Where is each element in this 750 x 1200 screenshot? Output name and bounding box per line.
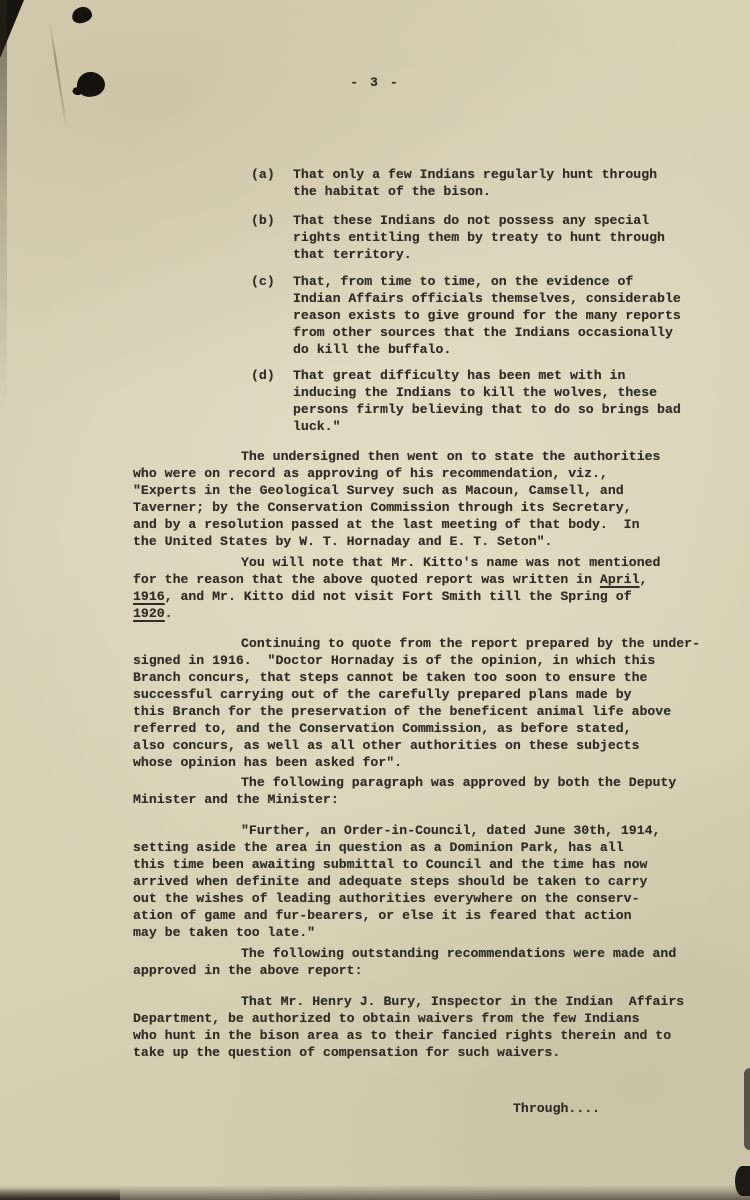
paragraph: The following outstanding recommendation… xyxy=(133,945,676,979)
list-item: (a)That only a few Indians regularly hun… xyxy=(251,166,657,200)
text-line: arrived when definite and adequate steps… xyxy=(133,873,660,890)
list-item: (c)That, from time to time, on the evide… xyxy=(251,273,681,358)
text-line: That, from time to time, on the evidence… xyxy=(293,273,681,290)
text-line: Taverner; by the Conservation Commission… xyxy=(133,499,660,516)
bottom-edge-shadow xyxy=(0,1188,120,1200)
paragraph: The following paragraph was approved by … xyxy=(133,774,676,808)
text-line: That only a few Indians regularly hunt t… xyxy=(293,166,657,183)
text-line: You will note that Mr. Kitto's name was … xyxy=(133,554,660,571)
text-line: for the reason that the above quoted rep… xyxy=(133,571,660,588)
text-line: Continuing to quote from the report prep… xyxy=(133,635,700,652)
list-item-text: That, from time to time, on the evidence… xyxy=(293,273,681,358)
list-item: (d)That great difficulty has been met wi… xyxy=(251,367,681,435)
text-line: approved in the above report: xyxy=(133,962,676,979)
page-number: - 3 - xyxy=(340,74,410,91)
text-line: and by a resolution passed at the last m… xyxy=(133,516,660,533)
text-line: whose opinion has been asked for". xyxy=(133,754,700,771)
text-line: ation of game and fur-bearers, or else i… xyxy=(133,907,660,924)
text-line: the habitat of the bison. xyxy=(293,183,657,200)
text-line: That Mr. Henry J. Bury, Inspector in the… xyxy=(133,993,684,1010)
paragraph: Continuing to quote from the report prep… xyxy=(133,635,700,771)
list-item-label: (a) xyxy=(251,166,293,200)
text-line: Branch concurs, that steps cannot be tak… xyxy=(133,669,700,686)
paragraph: The undersigned then went on to state th… xyxy=(133,448,660,550)
catchword: Through.... xyxy=(513,1100,600,1117)
text-line: referred to, and the Conservation Commis… xyxy=(133,720,700,737)
underlined-text: April xyxy=(600,572,640,587)
list-item-text: That only a few Indians regularly hunt t… xyxy=(293,166,657,200)
text-line: may be taken too late." xyxy=(133,924,660,941)
text-line: Department, be authorized to obtain waiv… xyxy=(133,1010,684,1027)
document-page: - 3 - (a)That only a few Indians regular… xyxy=(0,0,750,1200)
ink-blot xyxy=(76,71,106,98)
text-line: out the wishes of leading authorities ev… xyxy=(133,890,660,907)
list-item-label: (d) xyxy=(251,367,293,435)
text-line: also concurs, as well as all other autho… xyxy=(133,737,700,754)
text-line: 1920. xyxy=(133,605,660,622)
list-item-label: (b) xyxy=(251,212,293,263)
text-line: Minister and the Minister: xyxy=(133,791,676,808)
text-line: that territory. xyxy=(293,246,665,263)
left-edge-shadow xyxy=(0,0,7,420)
text-line: reason exists to give ground for the man… xyxy=(293,307,681,324)
text-line: inducing the Indians to kill the wolves,… xyxy=(293,384,681,401)
list-item-text: That these Indians do not possess any sp… xyxy=(293,212,665,263)
text-line: who hunt in the bison area as to their f… xyxy=(133,1027,684,1044)
text-line: The following outstanding recommendation… xyxy=(133,945,676,962)
text-line: from other sources that the Indians occa… xyxy=(293,324,681,341)
text-line: this time been awaiting submittal to Cou… xyxy=(133,856,660,873)
text-line: who were on record as approving of his r… xyxy=(133,465,660,482)
text-line: "Further, an Order-in-Council, dated Jun… xyxy=(133,822,660,839)
list-item-label: (c) xyxy=(251,273,293,358)
text-line: rights entitling them by treaty to hunt … xyxy=(293,229,665,246)
paper-crease xyxy=(49,23,67,127)
underlined-text: 1920 xyxy=(133,606,165,621)
text-line: successful carrying out of the carefully… xyxy=(133,686,700,703)
text-line: take up the question of compensation for… xyxy=(133,1044,684,1061)
page-edge-tear xyxy=(735,1166,750,1196)
list-item-text: That great difficulty has been met with … xyxy=(293,367,681,435)
text-line: the United States by W. T. Hornaday and … xyxy=(133,533,660,550)
text-line: Indian Affairs officials themselves, con… xyxy=(293,290,681,307)
text-line: signed in 1916. "Doctor Hornaday is of t… xyxy=(133,652,700,669)
text-line: The following paragraph was approved by … xyxy=(133,774,676,791)
text-line: do kill the buffalo. xyxy=(293,341,681,358)
paragraph: You will note that Mr. Kitto's name was … xyxy=(133,554,660,622)
text-line: luck." xyxy=(293,418,681,435)
text-line: this Branch for the preservation of the … xyxy=(133,703,700,720)
text-line: 1916, and Mr. Kitto did not visit Fort S… xyxy=(133,588,660,605)
page-edge-tear xyxy=(744,1068,750,1150)
text-line: setting aside the area in question as a … xyxy=(133,839,660,856)
text-line: persons firmly believing that to do so b… xyxy=(293,401,681,418)
ink-blot xyxy=(71,6,93,25)
list-item: (b)That these Indians do not possess any… xyxy=(251,212,665,263)
text-line: That these Indians do not possess any sp… xyxy=(293,212,665,229)
paragraph: That Mr. Henry J. Bury, Inspector in the… xyxy=(133,993,684,1061)
paragraph: "Further, an Order-in-Council, dated Jun… xyxy=(133,822,660,941)
text-line: That great difficulty has been met with … xyxy=(293,367,681,384)
text-line: The undersigned then went on to state th… xyxy=(133,448,660,465)
text-line: "Experts in the Geological Survey such a… xyxy=(133,482,660,499)
underlined-text: 1916 xyxy=(133,589,165,604)
